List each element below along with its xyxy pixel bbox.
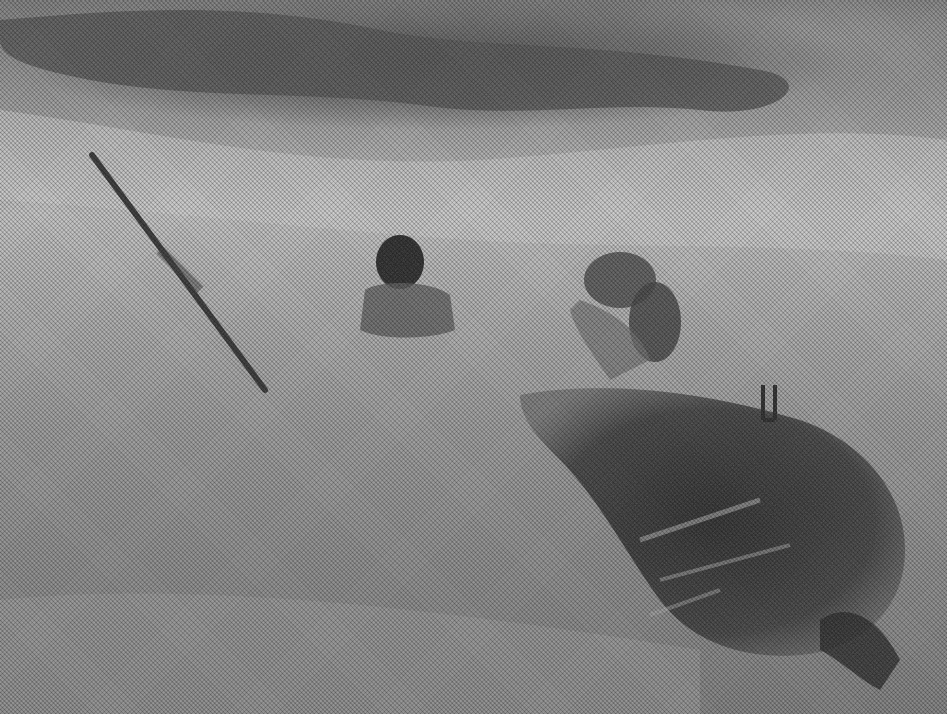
halftone-photo: Halftone newspaper photograph of people …: [0, 0, 947, 714]
photo-scene: [0, 0, 947, 714]
